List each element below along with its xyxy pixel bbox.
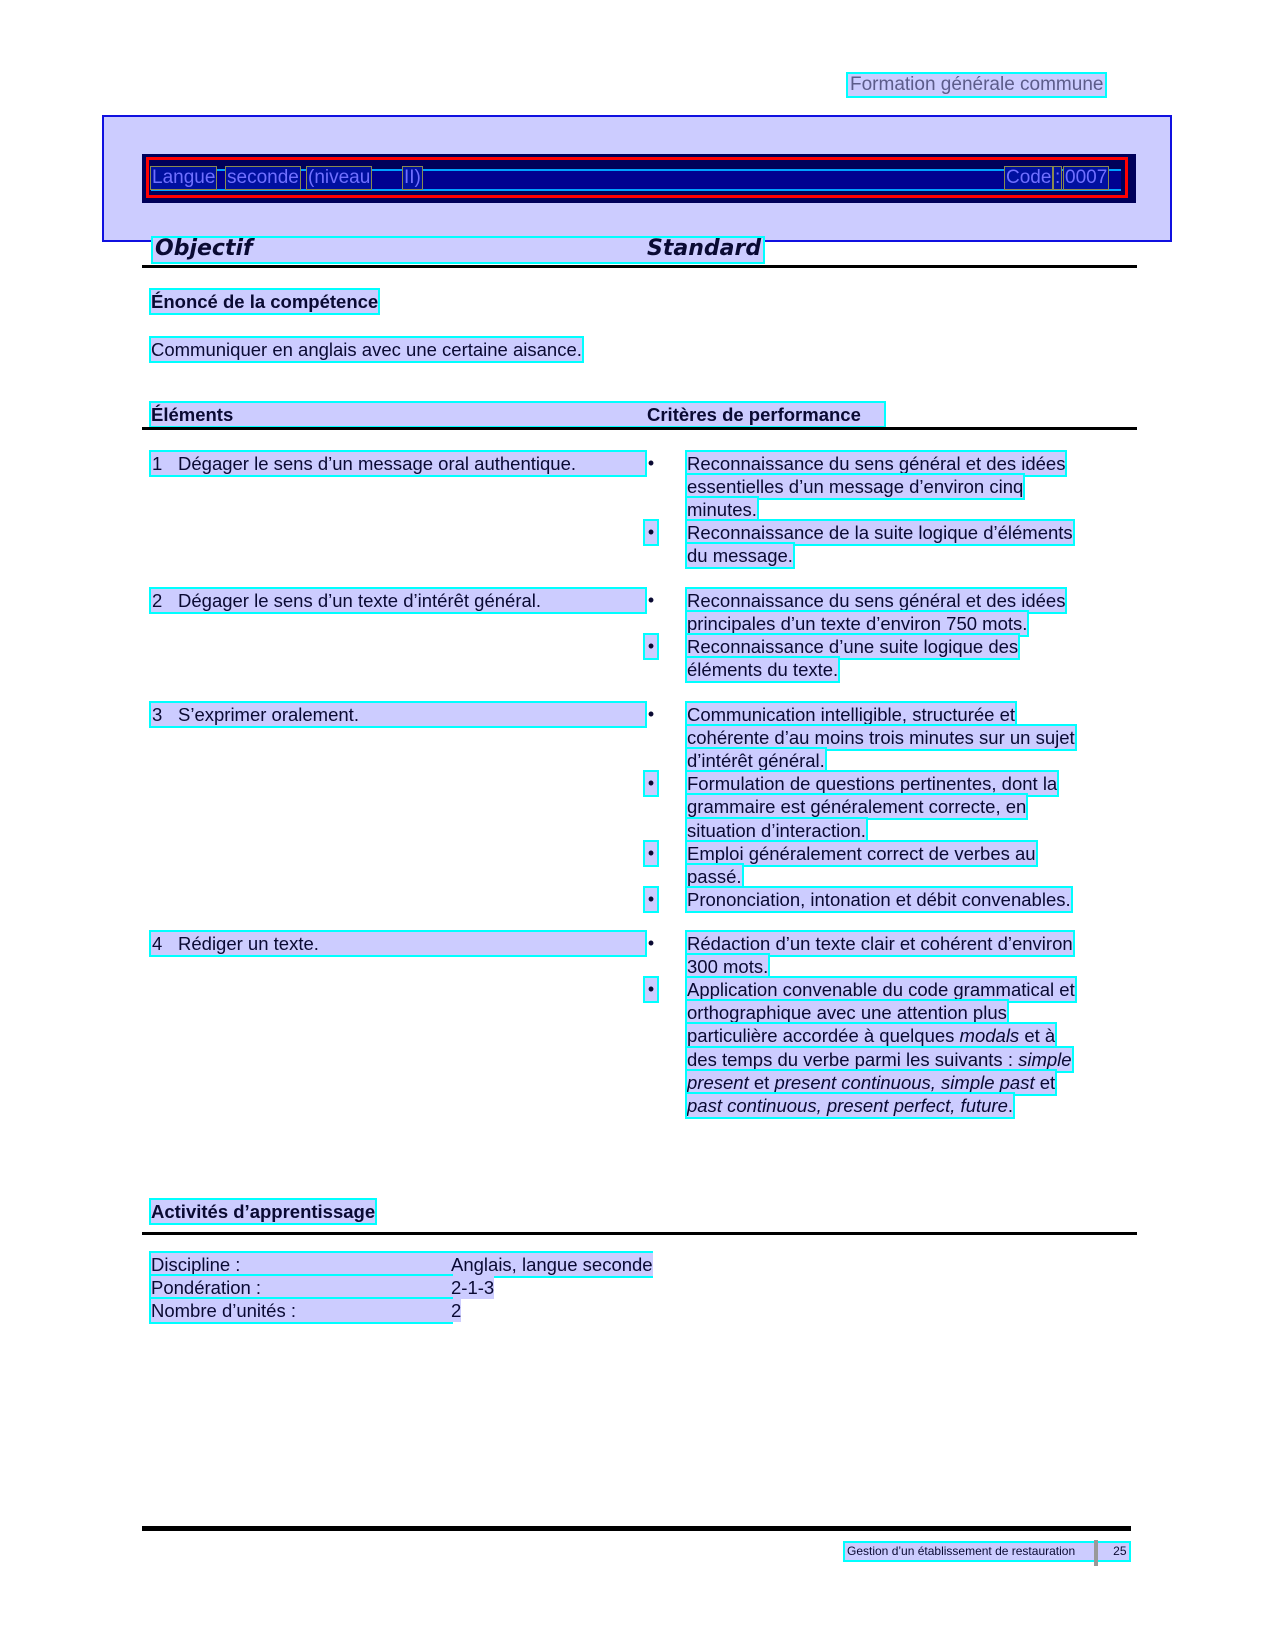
- element-text: Dégager le sens d’un message oral authen…: [178, 452, 576, 475]
- criterion-line: Communication intelligible, structurée e…: [687, 703, 1015, 726]
- element-row: 1Dégager le sens d’un message oral authe…: [151, 452, 645, 475]
- course-code-word: Code: [1005, 167, 1052, 189]
- course-title-word: II): [403, 167, 422, 189]
- heading-rule: [142, 265, 1137, 268]
- table-header: Éléments Critères de performance: [151, 403, 884, 426]
- bullet-icon: •: [645, 703, 657, 726]
- elements-header: Éléments: [151, 403, 233, 426]
- element-number: 1: [152, 452, 162, 475]
- bullet-icon: •: [645, 842, 657, 865]
- course-code-word: 0007: [1064, 167, 1108, 189]
- bullet-icon: •: [645, 932, 657, 955]
- activity-value: 2-1-3: [451, 1276, 494, 1299]
- course-title-word: (niveau: [307, 167, 371, 189]
- bullet-icon: •: [645, 978, 657, 1001]
- bullet-icon: •: [645, 772, 657, 795]
- criterion-line: Reconnaissance du sens général et des id…: [687, 452, 1065, 475]
- criterion-line: Reconnaissance du sens général et des id…: [687, 589, 1065, 612]
- criterion-line: d’intérêt général.: [687, 749, 825, 772]
- bullet-icon: •: [645, 521, 657, 544]
- criterion-line: éléments du texte.: [687, 658, 838, 681]
- activity-value: Anglais, langue seconde: [451, 1253, 653, 1276]
- element-row: 4Rédiger un texte.: [151, 932, 645, 955]
- criterion-line: Application convenable du code grammatic…: [687, 978, 1075, 1001]
- criteria-header: Critères de performance: [647, 403, 861, 426]
- page-number: 25: [1113, 1544, 1126, 1558]
- criterion-line: essentielles d’un message d’environ cinq: [687, 475, 1023, 498]
- element-text: Rédiger un texte.: [178, 932, 319, 955]
- criterion-line: Rédaction d’un texte clair et cohérent d…: [687, 932, 1073, 955]
- activities-heading: Activités d’apprentissage: [151, 1200, 375, 1223]
- criterion-line: particulière accordée à quelques modals …: [687, 1024, 1055, 1047]
- criterion-line: Prononciation, intonation et débit conve…: [687, 888, 1071, 911]
- competence-text: Communiquer en anglais avec une certaine…: [151, 338, 582, 361]
- element-number: 2: [152, 589, 162, 612]
- criterion-line: Reconnaissance d’une suite logique des: [687, 635, 1018, 658]
- criterion-line: minutes.: [687, 498, 757, 521]
- column-headings: Objectif Standard: [153, 238, 763, 262]
- footer: Gestion d’un établissement de restaurati…: [845, 1543, 1129, 1560]
- bullet-icon: •: [645, 888, 657, 911]
- table-header-rule: [142, 427, 1137, 430]
- criterion-line: orthographique avec une attention plus: [687, 1001, 1007, 1024]
- objectif-heading: Objectif: [155, 236, 253, 262]
- criterion-line: grammaire est généralement correcte, en: [687, 795, 1026, 818]
- course-title-word: Langue: [151, 167, 216, 189]
- activity-value: 2: [451, 1299, 461, 1322]
- element-number: 4: [152, 932, 162, 955]
- footer-program-title: Gestion d’un établissement de restaurati…: [847, 1544, 1075, 1558]
- element-text: Dégager le sens d’un texte d’intérêt gén…: [178, 589, 541, 612]
- criterion-line: situation d’interaction.: [687, 819, 866, 842]
- competence-heading: Énoncé de la compétence: [151, 290, 378, 313]
- bullet-icon: •: [645, 589, 657, 612]
- criterion-line: 300 mots.: [687, 955, 768, 978]
- element-row: 3S’exprimer oralement.: [151, 703, 645, 726]
- bullet-icon: •: [645, 452, 657, 475]
- standard-heading: Standard: [647, 236, 761, 262]
- criterion-line: du message.: [687, 544, 793, 567]
- element-number: 3: [152, 703, 162, 726]
- bullet-icon: •: [645, 635, 657, 658]
- footer-separator: [1094, 1540, 1098, 1566]
- criterion-line: principales d’un texte d’environ 750 mot…: [687, 612, 1027, 635]
- course-title-word: seconde: [226, 167, 300, 189]
- course-code-word: :: [1054, 167, 1061, 189]
- footer-rule: [142, 1526, 1131, 1531]
- activity-label: Nombre d’unités :: [151, 1299, 451, 1322]
- criterion-line: Formulation de questions pertinentes, do…: [687, 772, 1057, 795]
- element-row: 2Dégager le sens d’un texte d’intérêt gé…: [151, 589, 645, 612]
- activities-rule: [142, 1232, 1137, 1235]
- criterion-line: des temps du verbe parmi les suivants : …: [687, 1048, 1072, 1071]
- program-label: Formation générale commune: [848, 74, 1105, 96]
- element-text: S’exprimer oralement.: [178, 703, 359, 726]
- criterion-line: Reconnaissance de la suite logique d’élé…: [687, 521, 1073, 544]
- criterion-line: passé.: [687, 865, 742, 888]
- criterion-line: cohérente d’au moins trois minutes sur u…: [687, 726, 1075, 749]
- activity-label: Pondération :: [151, 1276, 451, 1299]
- criterion-line: past continuous, present perfect, future…: [687, 1094, 1013, 1117]
- criterion-line: Emploi généralement correct de verbes au: [687, 842, 1036, 865]
- criterion-line: present et present continuous, simple pa…: [687, 1071, 1055, 1094]
